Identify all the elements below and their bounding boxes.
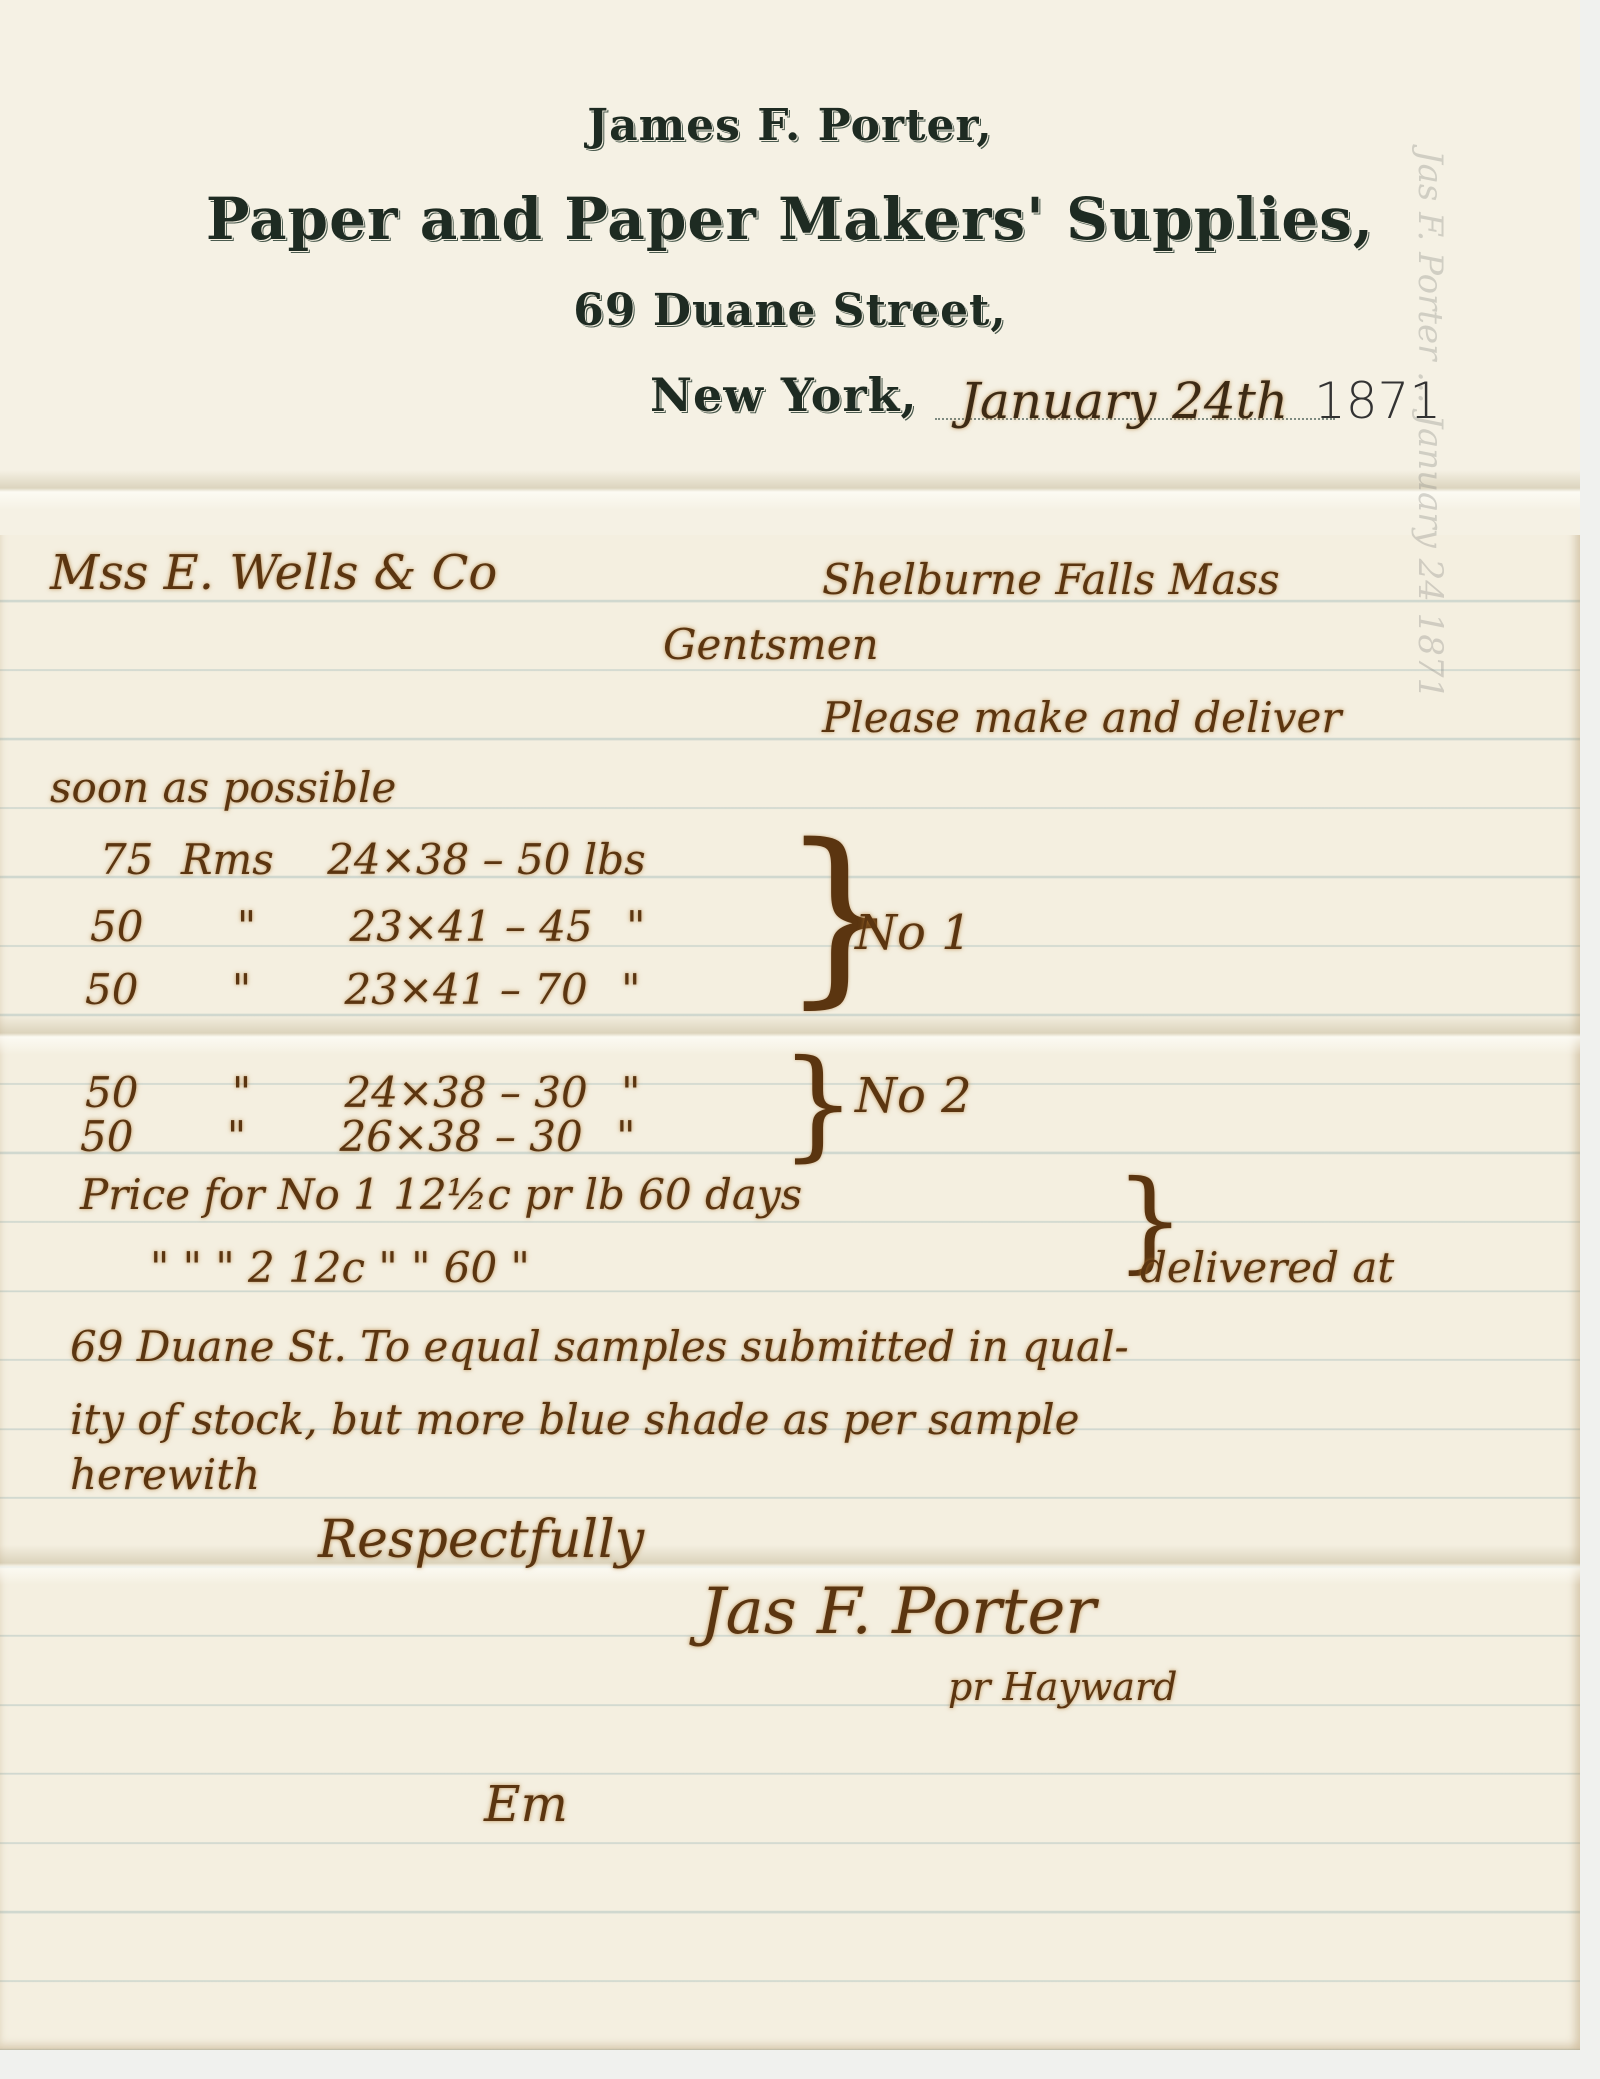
- order-weight-unit: ": [621, 1068, 640, 1117]
- order-weight-unit: lbs: [584, 835, 646, 884]
- order-size: 24×38 – 30: [345, 1068, 588, 1117]
- body-opening-2: soon as possible: [50, 763, 396, 812]
- date-year: 1871: [1314, 372, 1441, 430]
- signature-per: pr Hayward: [948, 1665, 1178, 1709]
- order-weight-unit: ": [621, 965, 640, 1014]
- order-row: 50 " 26×38 – 30 ": [80, 1112, 635, 1161]
- order-row: 75 Rms 24×38 – 50 lbs: [100, 835, 646, 884]
- order-qty: 50: [80, 1112, 133, 1161]
- body-line-5: herewith: [70, 1450, 260, 1499]
- order-row: 50 " 23×41 – 45 ": [90, 902, 645, 951]
- valediction: Respectfully: [318, 1510, 644, 1570]
- scan-background: [0, 2050, 1600, 2079]
- order-unit: ": [227, 1112, 246, 1161]
- body-opening-1: Please make and deliver: [822, 693, 1341, 742]
- letterhead-street: 69 Duane Street,: [0, 285, 1580, 336]
- initials: Em: [484, 1775, 568, 1833]
- order-size: 24×38 – 50: [327, 835, 570, 884]
- order-qty: 50: [85, 1068, 138, 1117]
- recipient-location: Shelburne Falls Mass: [822, 555, 1280, 604]
- letterhead-business: Paper and Paper Makers' Supplies,: [0, 185, 1580, 253]
- signature: Jas F. Porter: [700, 1575, 1096, 1649]
- order-unit: ": [237, 902, 256, 951]
- salutation: Gentsmen: [663, 620, 879, 669]
- letterhead-city: New York,: [650, 368, 918, 422]
- order-qty: 50: [90, 902, 143, 951]
- order-row: 50 " 24×38 – 30 ": [85, 1068, 640, 1117]
- group-brace: }: [780, 1045, 856, 1165]
- delivered-at: delivered at: [1140, 1243, 1394, 1292]
- recipient: Mss E. Wells & Co: [50, 545, 497, 601]
- body-line-3: 69 Duane St. To equal samples submitted …: [70, 1322, 1129, 1371]
- date-month-day: January 24th: [960, 372, 1288, 430]
- fold-crease: [0, 470, 1580, 510]
- order-row: 50 " 23×41 – 70 ": [85, 965, 640, 1014]
- order-size: 23×41 – 70: [345, 965, 588, 1014]
- order-unit: Rms: [181, 835, 274, 884]
- order-weight-unit: ": [616, 1112, 635, 1161]
- order-size: 23×41 – 45: [350, 902, 593, 951]
- order-weight-unit: ": [626, 902, 645, 951]
- order-unit: ": [232, 965, 251, 1014]
- body-line-4: ity of stock, but more blue shade as per…: [70, 1395, 1080, 1444]
- price-line-2: " " " 2 12c " " 60 ": [150, 1243, 530, 1292]
- order-unit: ": [232, 1068, 251, 1117]
- order-qty: 50: [85, 965, 138, 1014]
- price-line-1: Price for No 1 12½c pr lb 60 days: [80, 1170, 802, 1219]
- group-label-no1: No 1: [855, 905, 972, 961]
- letterhead-area: [0, 0, 1580, 535]
- letterhead-name: James F. Porter,: [0, 100, 1580, 151]
- scan-background: [1580, 0, 1600, 2079]
- order-size: 26×38 – 30: [340, 1112, 583, 1161]
- date-written: January 24th 1871: [960, 372, 1441, 430]
- order-qty: 75: [100, 835, 153, 884]
- group-label-no2: No 2: [855, 1068, 972, 1124]
